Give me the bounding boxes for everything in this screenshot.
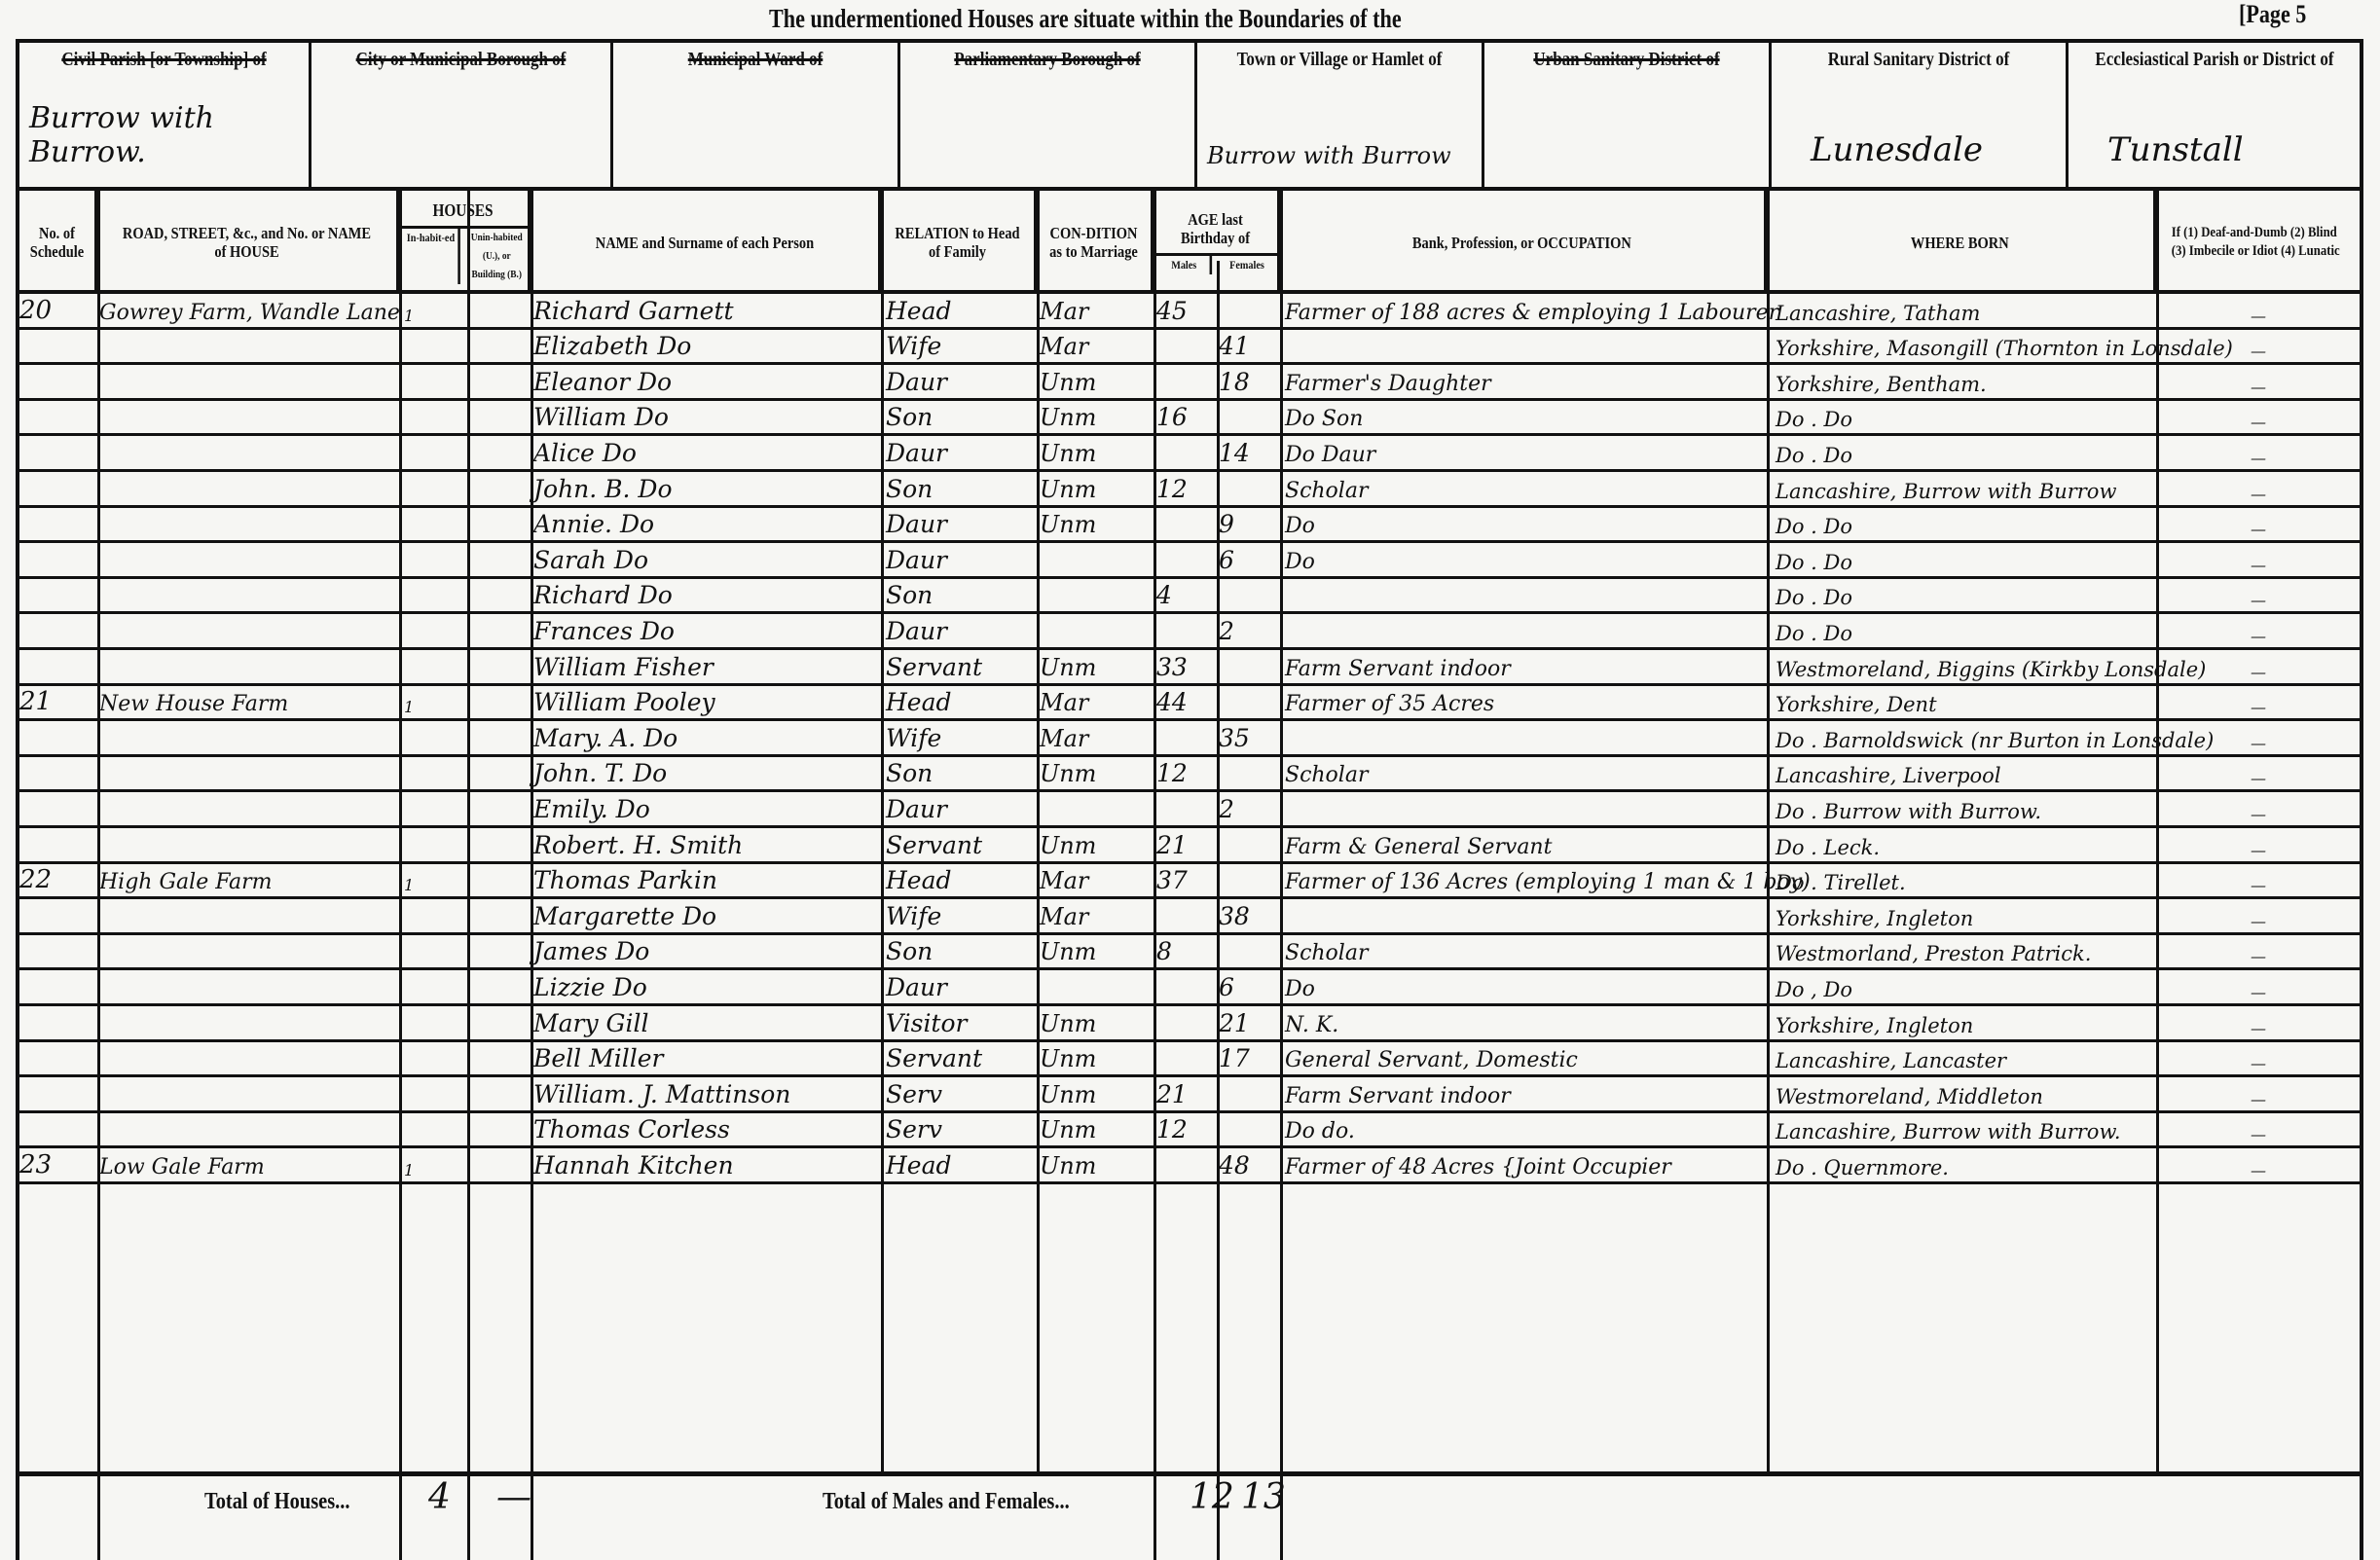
where-born: Do . Tirellet. — [1772, 864, 2156, 897]
age-male — [1156, 436, 1217, 469]
where-born: Lancashire, Burrow with Burrow — [1772, 472, 2156, 505]
relation: Wife — [886, 899, 1042, 932]
where-born: Do . Leck. — [1772, 828, 2156, 861]
schedule-number — [19, 543, 97, 576]
schedule-number — [19, 436, 97, 469]
house-name — [99, 757, 411, 790]
occupation — [1285, 579, 1767, 612]
relation: Son — [886, 472, 1042, 505]
census-page: The undermentioned Houses are situate wi… — [0, 0, 2380, 1560]
house-name — [99, 579, 411, 612]
where-born: Do . Do — [1772, 579, 2156, 612]
boundary-village: Town or Village or Hamlet of Burrow with… — [1197, 43, 1484, 189]
total-houses-uninhabited: — — [496, 1477, 531, 1517]
relation: Daur — [886, 365, 1042, 398]
age-female — [1219, 472, 1279, 505]
where-born: Yorkshire, Dent — [1772, 686, 2156, 719]
houses-inhabited: 1 — [404, 686, 462, 719]
age-female: 14 — [1219, 436, 1279, 469]
house-name — [99, 436, 411, 469]
condition: Mar — [1040, 686, 1152, 719]
person-name: Thomas Corless — [533, 1113, 903, 1146]
condition: Unm — [1040, 508, 1152, 541]
person-name: Lizzie Do — [533, 970, 903, 1003]
relation: Head — [886, 864, 1042, 897]
infirmity: — — [2161, 330, 2356, 363]
house-name — [99, 401, 411, 434]
relation: Servant — [886, 650, 1042, 683]
boundary-ecclesiastical: Ecclesiastical Parish or District of Tun… — [2069, 43, 2361, 189]
age-male — [1156, 792, 1217, 825]
age-male: 12 — [1156, 1113, 1217, 1146]
person-name: William. J. Mattinson — [533, 1077, 903, 1110]
where-born: Yorkshire, Masongill (Thornton in Lonsda… — [1772, 330, 2156, 363]
where-born: Lancashire, Burrow with Burrow. — [1772, 1113, 2156, 1146]
person-name: Sarah Do — [533, 543, 903, 576]
age-female — [1219, 864, 1279, 897]
house-name: High Gale Farm — [99, 864, 411, 897]
infirmity: — — [2161, 436, 2356, 469]
where-born: Lancashire, Tatham — [1772, 294, 2156, 327]
table-row: Mary GillVisitorUnm21N. K.Yorkshire, Ing… — [19, 1006, 2363, 1042]
col-where-born: WHERE BORN — [1767, 191, 2156, 294]
relation: Daur — [886, 970, 1042, 1003]
house-name — [99, 721, 411, 754]
relation: Daur — [886, 508, 1042, 541]
col-schedule: No. of Schedule — [19, 191, 97, 294]
house-name — [99, 1006, 411, 1039]
person-name: Alice Do — [533, 436, 903, 469]
schedule-number: 22 — [19, 864, 97, 897]
houses-inhabited — [404, 1077, 462, 1110]
table-row: Richard DoSon4Do . Do— — [19, 579, 2363, 615]
boundary-civil-parish: Civil Parish [or Township] of Burrow wit… — [19, 43, 311, 189]
relation: Head — [886, 686, 1042, 719]
schedule-number — [19, 1006, 97, 1039]
infirmity: — — [2161, 828, 2356, 861]
age-female: 9 — [1219, 508, 1279, 541]
age-female: 21 — [1219, 1006, 1279, 1039]
person-name: James Do — [533, 935, 903, 968]
age-male — [1156, 1148, 1217, 1181]
relation: Servant — [886, 828, 1042, 861]
person-name: Mary Gill — [533, 1006, 903, 1039]
relation: Daur — [886, 792, 1042, 825]
age-male — [1156, 899, 1217, 932]
schedule-number — [19, 792, 97, 825]
occupation — [1285, 721, 1767, 754]
relation: Serv — [886, 1113, 1042, 1146]
schedule-number — [19, 899, 97, 932]
where-born: Yorkshire, Ingleton — [1772, 1006, 2156, 1039]
age-male: 4 — [1156, 579, 1217, 612]
person-name: William Pooley — [533, 686, 903, 719]
schedule-number — [19, 935, 97, 968]
houses-inhabited — [404, 330, 462, 363]
occupation: N. K. — [1285, 1006, 1767, 1039]
person-name: Hannah Kitchen — [533, 1148, 903, 1181]
infirmity: — — [2161, 792, 2356, 825]
table-row: Bell MillerServantUnm17General Servant, … — [19, 1042, 2363, 1078]
house-name — [99, 792, 411, 825]
infirmity: — — [2161, 1113, 2356, 1146]
houses-inhabited — [404, 721, 462, 754]
infirmity: — — [2161, 721, 2356, 754]
age-male — [1156, 365, 1217, 398]
col-house: ROAD, STREET, &c., and No. or NAME of HO… — [97, 191, 399, 294]
person-name: Frances Do — [533, 614, 903, 647]
schedule-number — [19, 1077, 97, 1110]
table-row: John. T. DoSonUnm12ScholarLancashire, Li… — [19, 757, 2363, 793]
house-name: Low Gale Farm — [99, 1148, 411, 1181]
schedule-number — [19, 721, 97, 754]
age-female — [1219, 294, 1279, 327]
houses-inhabited — [404, 614, 462, 647]
table-row: Mary. A. DoWifeMar35Do . Barnoldswick (n… — [19, 721, 2363, 757]
age-male — [1156, 508, 1217, 541]
relation: Head — [886, 294, 1042, 327]
schedule-number: 21 — [19, 686, 97, 719]
house-name — [99, 828, 411, 861]
condition: Unm — [1040, 757, 1152, 790]
occupation — [1285, 330, 1767, 363]
condition: Mar — [1040, 899, 1152, 932]
relation: Servant — [886, 1042, 1042, 1075]
houses-inhabited — [404, 792, 462, 825]
table-row: 21New House Farm1William PooleyHeadMar44… — [19, 686, 2363, 722]
condition — [1040, 579, 1152, 612]
occupation: Farmer's Daughter — [1285, 365, 1767, 398]
relation: Daur — [886, 614, 1042, 647]
table-row: Elizabeth DoWifeMar41Yorkshire, Masongil… — [19, 330, 2363, 366]
where-born: Do . Do — [1772, 401, 2156, 434]
civil-parish-value: Burrow with Burrow. — [29, 101, 309, 169]
person-name: Margarette Do — [533, 899, 903, 932]
houses-inhabited — [404, 757, 462, 790]
occupation: Do Son — [1285, 401, 1767, 434]
table-row: Sarah DoDaur6DoDo . Do— — [19, 543, 2363, 579]
infirmity: — — [2161, 899, 2356, 932]
infirmity: — — [2161, 1006, 2356, 1039]
divider — [19, 1471, 2363, 1476]
houses-inhabited — [404, 899, 462, 932]
occupation: Farm Servant indoor — [1285, 1077, 1767, 1110]
infirmity: — — [2161, 757, 2356, 790]
age-male: 8 — [1156, 935, 1217, 968]
infirmity: — — [2161, 1148, 2356, 1181]
col-infirmity: If (1) Deaf-and-Dumb (2) Blind (3) Imbec… — [2156, 191, 2361, 294]
age-male — [1156, 330, 1217, 363]
condition: Unm — [1040, 472, 1152, 505]
col-name: NAME and Surname of each Person — [531, 191, 881, 294]
village-value: Burrow with Burrow — [1207, 142, 1451, 169]
age-male: 16 — [1156, 401, 1217, 434]
occupation: Farm & General Servant — [1285, 828, 1767, 861]
houses-inhabited: 1 — [404, 1148, 462, 1181]
age-female: 38 — [1219, 899, 1279, 932]
infirmity: — — [2161, 508, 2356, 541]
ecclesiastical-value: Tunstall — [2107, 130, 2244, 169]
age-female — [1219, 650, 1279, 683]
infirmity: — — [2161, 614, 2356, 647]
table-row: James DoSonUnm8ScholarWestmorland, Prest… — [19, 935, 2363, 971]
age-female: 6 — [1219, 543, 1279, 576]
age-male: 12 — [1156, 757, 1217, 790]
table-row: Margarette DoWifeMar38Yorkshire, Ingleto… — [19, 899, 2363, 935]
age-female — [1219, 401, 1279, 434]
occupation — [1285, 792, 1767, 825]
schedule-number — [19, 970, 97, 1003]
where-born: Do . Do — [1772, 436, 2156, 469]
table-row: 22High Gale Farm1Thomas ParkinHeadMar37F… — [19, 864, 2363, 900]
occupation: Do — [1285, 970, 1767, 1003]
person-name: Mary. A. Do — [533, 721, 903, 754]
house-name — [99, 1077, 411, 1110]
condition: Unm — [1040, 1077, 1152, 1110]
house-name — [99, 1113, 411, 1146]
schedule-number — [19, 365, 97, 398]
condition: Unm — [1040, 436, 1152, 469]
schedule-number — [19, 614, 97, 647]
person-name: Eleanor Do — [533, 365, 903, 398]
condition: Mar — [1040, 330, 1152, 363]
age-male — [1156, 970, 1217, 1003]
person-name: Richard Do — [533, 579, 903, 612]
person-name: Elizabeth Do — [533, 330, 903, 363]
person-name: Bell Miller — [533, 1042, 903, 1075]
relation: Visitor — [886, 1006, 1042, 1039]
where-born: Yorkshire, Bentham. — [1772, 365, 2156, 398]
occupation — [1285, 614, 1767, 647]
houses-inhabited — [404, 472, 462, 505]
infirmity: — — [2161, 579, 2356, 612]
age-male: 37 — [1156, 864, 1217, 897]
relation: Son — [886, 757, 1042, 790]
boundary-urban-sanitary: Urban Sanitary District of — [1484, 43, 1772, 189]
condition: Unm — [1040, 650, 1152, 683]
condition: Unm — [1040, 401, 1152, 434]
houses-inhabited — [404, 508, 462, 541]
table-row: Robert. H. SmithServantUnm21Farm & Gener… — [19, 828, 2363, 864]
col-occupation: Bank, Profession, or OCCUPATION — [1280, 191, 1767, 294]
table-row: Eleanor DoDaurUnm18Farmer's DaughterYork… — [19, 365, 2363, 401]
infirmity: — — [2161, 864, 2356, 897]
age-female — [1219, 686, 1279, 719]
schedule-number — [19, 757, 97, 790]
occupation: Farmer of 48 Acres {Joint Occupier — [1285, 1148, 1767, 1181]
table-row: Emily. DoDaur2Do . Burrow with Burrow.— — [19, 792, 2363, 828]
table-row: John. B. DoSonUnm12ScholarLancashire, Bu… — [19, 472, 2363, 508]
occupation: Farmer of 136 Acres (employing 1 man & 1… — [1285, 864, 1767, 897]
houses-inhabited — [404, 365, 462, 398]
schedule-number — [19, 579, 97, 612]
house-name: Gowrey Farm, Wandle Lane — [99, 294, 411, 327]
age-male: 21 — [1156, 1077, 1217, 1110]
infirmity: — — [2161, 1077, 2356, 1110]
where-born: Lancashire, Liverpool — [1772, 757, 2156, 790]
infirmity: — — [2161, 650, 2356, 683]
occupation: Do do. — [1285, 1113, 1767, 1146]
schedule-number — [19, 508, 97, 541]
condition: Unm — [1040, 935, 1152, 968]
houses-inhabited — [404, 935, 462, 968]
age-female — [1219, 1113, 1279, 1146]
infirmity: — — [2161, 970, 2356, 1003]
age-male: 12 — [1156, 472, 1217, 505]
age-female — [1219, 935, 1279, 968]
total-persons-label: Total of Males and Females... — [823, 1489, 1070, 1515]
age-female — [1219, 757, 1279, 790]
person-name: Richard Garnett — [533, 294, 903, 327]
total-houses-label: Total of Houses... — [204, 1489, 349, 1515]
schedule-number — [19, 330, 97, 363]
boundary-municipal-borough: City or Municipal Borough of — [311, 43, 613, 189]
table-row: Annie. DoDaurUnm9DoDo . Do— — [19, 508, 2363, 544]
houses-inhabited — [404, 543, 462, 576]
where-born: Do , Do — [1772, 970, 2156, 1003]
where-born: Do . Barnoldswick (nr Burton in Lonsdale… — [1772, 721, 2156, 754]
condition: Mar — [1040, 864, 1152, 897]
person-name: William Fisher — [533, 650, 903, 683]
page-number: [Page 5 — [2239, 0, 2306, 29]
relation: Head — [886, 1148, 1042, 1181]
page-heading: The undermentioned Houses are situate wi… — [769, 4, 1402, 34]
condition — [1040, 543, 1152, 576]
occupation: Scholar — [1285, 472, 1767, 505]
houses-inhabited — [404, 401, 462, 434]
schedule-number: 20 — [19, 294, 97, 327]
schedule-number — [19, 472, 97, 505]
occupation: Do — [1285, 508, 1767, 541]
age-male — [1156, 614, 1217, 647]
age-male: 45 — [1156, 294, 1217, 327]
infirmity: — — [2161, 294, 2356, 327]
condition: Mar — [1040, 294, 1152, 327]
person-name: William Do — [533, 401, 903, 434]
schedule-number — [19, 650, 97, 683]
table-row: William DoSonUnm16Do SonDo . Do— — [19, 401, 2363, 437]
condition — [1040, 614, 1152, 647]
occupation: Scholar — [1285, 935, 1767, 968]
table-row: Frances DoDaur2Do . Do— — [19, 614, 2363, 650]
person-name: Robert. H. Smith — [533, 828, 903, 861]
house-name — [99, 935, 411, 968]
age-male: 44 — [1156, 686, 1217, 719]
age-male: 33 — [1156, 650, 1217, 683]
house-name — [99, 508, 411, 541]
boundary-municipal-ward: Municipal Ward of — [613, 43, 900, 189]
house-name — [99, 614, 411, 647]
houses-inhabited — [404, 650, 462, 683]
houses-inhabited: 1 — [404, 294, 462, 327]
relation: Son — [886, 579, 1042, 612]
infirmity: — — [2161, 686, 2356, 719]
houses-inhabited: 1 — [404, 864, 462, 897]
table-row: Alice DoDaurUnm14Do DaurDo . Do— — [19, 436, 2363, 472]
age-male — [1156, 1042, 1217, 1075]
infirmity: — — [2161, 472, 2356, 505]
relation: Wife — [886, 330, 1042, 363]
age-male — [1156, 543, 1217, 576]
age-female: 41 — [1219, 330, 1279, 363]
occupation: Farmer of 35 Acres — [1285, 686, 1767, 719]
where-born: Yorkshire, Ingleton — [1772, 899, 2156, 932]
where-born: Do . Do — [1772, 543, 2156, 576]
relation: Son — [886, 935, 1042, 968]
houses-inhabited — [404, 1113, 462, 1146]
condition: Unm — [1040, 1113, 1152, 1146]
age-female: 48 — [1219, 1148, 1279, 1181]
table-row: Thomas CorlessServUnm12Do do.Lancashire,… — [19, 1113, 2363, 1149]
occupation: Farm Servant indoor — [1285, 650, 1767, 683]
infirmity: — — [2161, 543, 2356, 576]
infirmity: — — [2161, 365, 2356, 398]
where-born: Westmoreland, Biggins (Kirkby Lonsdale) — [1772, 650, 2156, 683]
condition — [1040, 792, 1152, 825]
boundary-rural-sanitary: Rural Sanitary District of Lunesdale — [1772, 43, 2069, 189]
houses-inhabited — [404, 579, 462, 612]
schedule-number — [19, 1042, 97, 1075]
col-condition: CON-DITION as to Marriage — [1037, 191, 1153, 294]
total-males: 12 — [1190, 1477, 1234, 1517]
table-row: William FisherServantUnm33Farm Servant i… — [19, 650, 2363, 686]
table-row: Lizzie DoDaur6DoDo , Do— — [19, 970, 2363, 1006]
condition: Unm — [1040, 1006, 1152, 1039]
schedule-number: 23 — [19, 1148, 97, 1181]
person-name: John. B. Do — [533, 472, 903, 505]
age-male — [1156, 721, 1217, 754]
schedule-number — [19, 828, 97, 861]
where-born: Do . Do — [1772, 614, 2156, 647]
houses-inhabited — [404, 1042, 462, 1075]
relation: Wife — [886, 721, 1042, 754]
house-name — [99, 330, 411, 363]
occupation: Farmer of 188 acres & employing 1 Labour… — [1285, 294, 1767, 327]
table-row: 23Low Gale Farm1Hannah KitchenHeadUnm48F… — [19, 1148, 2363, 1184]
houses-inhabited — [404, 828, 462, 861]
occupation: Do Daur — [1285, 436, 1767, 469]
house-name — [99, 970, 411, 1003]
person-name: Thomas Parkin — [533, 864, 903, 897]
house-name — [99, 472, 411, 505]
person-name: Annie. Do — [533, 508, 903, 541]
person-name: John. T. Do — [533, 757, 903, 790]
houses-inhabited — [404, 970, 462, 1003]
age-female — [1219, 579, 1279, 612]
condition: Unm — [1040, 1148, 1152, 1181]
schedule-number — [19, 1113, 97, 1146]
table-row: 20Gowrey Farm, Wandle Lane1Richard Garne… — [19, 294, 2363, 330]
age-male: 21 — [1156, 828, 1217, 861]
where-born: Do . Burrow with Burrow. — [1772, 792, 2156, 825]
relation: Serv — [886, 1077, 1042, 1110]
relation: Daur — [886, 543, 1042, 576]
where-born: Lancashire, Lancaster — [1772, 1042, 2156, 1075]
where-born: Westmoreland, Middleton — [1772, 1077, 2156, 1110]
age-female: 17 — [1219, 1042, 1279, 1075]
house-name — [99, 543, 411, 576]
age-female: 18 — [1219, 365, 1279, 398]
total-females: 13 — [1241, 1477, 1286, 1517]
age-female: 2 — [1219, 614, 1279, 647]
house-name — [99, 650, 411, 683]
person-name: Emily. Do — [533, 792, 903, 825]
infirmity: — — [2161, 401, 2356, 434]
age-female — [1219, 1077, 1279, 1110]
boundary-parliamentary-borough: Parliamentary Borough of — [900, 43, 1197, 189]
occupation: Do — [1285, 543, 1767, 576]
houses-inhabited — [404, 436, 462, 469]
